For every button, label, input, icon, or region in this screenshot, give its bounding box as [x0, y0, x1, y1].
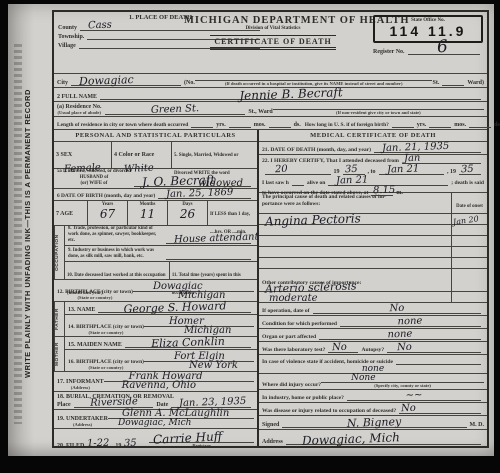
md-label: M. D. — [470, 422, 485, 428]
operation-label: If operation, date of — [262, 308, 310, 314]
ward-label: Ward) — [467, 80, 484, 86]
related-value: No — [401, 404, 416, 415]
certificate-title: CERTIFICATE OF DEATH — [210, 35, 335, 50]
yrs-label-2: yrs. — [417, 122, 427, 128]
undertaker-row: 19. UNDERTAKER (Address) Glenn A. McLaug… — [54, 410, 257, 429]
ds-label: ds. — [294, 122, 301, 128]
faded-margin-text — [14, 44, 22, 424]
signed-row: Signed N. Bigney M. D. — [259, 416, 487, 430]
title-block: MICHIGAN DEPARTMENT OF HEALTH Division o… — [184, 15, 362, 50]
age-months: 11 — [130, 208, 165, 220]
informant-address: Ravenna, Ohio — [122, 381, 196, 391]
division-subtitle: Division of Vital Statistics — [184, 26, 362, 31]
father-state-note: (State or country) — [68, 330, 144, 336]
father-side-label: FATHER — [54, 302, 65, 336]
register-number: 6 — [436, 39, 448, 57]
cause-line-5 — [259, 258, 487, 269]
attended-from-day: 20 — [275, 165, 288, 175]
county-value: Cass — [88, 21, 112, 32]
medical-column: MEDICAL CERTIFICATE OF DEATH 21. DATE OF… — [259, 130, 487, 446]
city-value: Dowagiac — [79, 74, 134, 87]
to-label: , to — [368, 169, 376, 175]
city-row: City Dowagiac (No. (If death occurred in… — [54, 74, 487, 88]
sex-race-marital-row: 3 SEX Female 4 Color or Race White 5. Si… — [54, 142, 257, 169]
mother-bp-state: New York — [189, 361, 238, 371]
organ-row: Organ or part affected none — [259, 329, 487, 342]
dob-value: Jan. 25, 1869 — [166, 188, 234, 200]
length-of-residence-row: Length of residence in city or town wher… — [54, 117, 487, 130]
register-row: Register No. 6 — [373, 47, 483, 55]
related-occupation-row: Was disease or injury related to occupat… — [259, 403, 487, 416]
physician-address-row: Address Dowagiac, Mich — [259, 430, 487, 446]
age-days: 26 — [170, 208, 205, 220]
certificate-form: 1. PLACE OF DEATH County Cass Township. … — [52, 10, 489, 448]
department-title: MICHIGAN DEPARTMENT OF HEALTH — [184, 15, 362, 26]
dod-label: 21. DATE OF DEATH (month, day, and year) — [262, 147, 371, 153]
filed-year: 35 — [124, 438, 137, 446]
organ-value: none — [387, 330, 412, 341]
labtest-label: Was there laboratory test? — [262, 347, 325, 353]
residence-value: Green St. — [151, 104, 200, 116]
injury-value: None — [351, 374, 375, 383]
race-label: 4 Color or Race — [114, 152, 154, 158]
date-of-death-row: 21. DATE OF DEATH (month, day, and year)… — [259, 142, 487, 155]
autopsy-value: No — [397, 343, 412, 354]
cause-line-3 — [259, 236, 487, 247]
sex-label: 3 SEX — [56, 152, 72, 158]
ds-label-2: ds. — [494, 122, 500, 128]
cause-line-1: Angina Pectoris Jan 20 — [259, 214, 487, 225]
injury-row: Where did injury occur? None (Specify ci… — [259, 374, 487, 390]
industry-home-row: In industry, home or public place? ~~ — [259, 390, 487, 403]
city-label: City — [57, 80, 68, 86]
specify-note: (Specify city, county or state) — [321, 383, 484, 389]
dob-label: 6 DATE OF BIRTH (month, day and year) — [57, 193, 155, 199]
industry-label: 9. Industry or business in which work wa… — [68, 248, 163, 260]
attended-year-2: 35 — [461, 165, 474, 175]
fullname-row: 2 FULL NAME Jennie B. Becraft — [54, 88, 487, 102]
violence-row: In case of violence state if accident, h… — [259, 355, 487, 374]
death-certificate-document: WRITE PLAINLY WITH UNFADING INK—THIS IS … — [8, 4, 494, 456]
organ-label: Organ or part affected — [262, 334, 316, 340]
labtest-value: No — [332, 343, 347, 354]
registrar-signature: Carrie Huff — [153, 430, 223, 446]
related-label: Was disease or injury related to occupat… — [262, 408, 396, 414]
contributory-line-2: moderate — [259, 292, 487, 303]
address-label: Address — [262, 439, 283, 445]
death-said-label: ; death is said — [451, 180, 484, 186]
county-label: County — [58, 25, 77, 31]
certify-block: 22. I HEREBY CERTIFY, That I attended de… — [259, 155, 487, 193]
mother-birthplace-row: 16. BIRTHPLACE (city or town) (State or … — [65, 350, 257, 371]
fullname-label: 2 FULL NAME — [57, 94, 97, 100]
cause-line-2 — [259, 225, 487, 236]
last-saw-date: Jan 21 — [336, 175, 369, 186]
physician-signature: N. Bigney — [347, 416, 402, 429]
burial-place-label: Place — [57, 402, 71, 408]
fullname-value: Jennie B. Becraft — [239, 86, 343, 102]
state-office-number: 114 11.9 — [377, 23, 479, 39]
principal-label-2: portance were as follows: — [262, 201, 448, 208]
state-office-stamp: State Office No. 114 11.9 — [373, 15, 483, 43]
mother-name: Eliza Conklin — [151, 336, 225, 350]
cause-line-4 — [259, 247, 487, 258]
age-years: 67 — [90, 208, 125, 220]
medical-section-title: MEDICAL CERTIFICATE OF DEATH — [259, 130, 487, 142]
age-row: 7 AGE Years 67 Months 11 Days 26 If LESS… — [54, 201, 257, 226]
attended-to-date: Jan 21 — [386, 164, 419, 175]
industry-home-value: ~~ — [405, 391, 422, 402]
age-label: 7 AGE — [56, 211, 73, 217]
trade-label: 8. Trade, profession, or particular kind… — [68, 226, 163, 244]
state-note: (State or country) — [57, 295, 133, 301]
margin-instruction: WRITE PLAINLY WITH UNFADING INK—THIS IS … — [23, 24, 41, 444]
filed-19-label: , 19 — [112, 443, 121, 447]
contributory-line-1: Arterio sclerosis — [259, 281, 487, 292]
mother-block: MOTHER 15. MAIDEN NAME Eliza Conklin 16.… — [54, 337, 257, 372]
last-worked-row: 10. Date deceased last worked at this oc… — [65, 262, 257, 279]
residence-row: (a) Residence No. (Usual place of abode)… — [54, 102, 487, 117]
register-label: Register No. — [373, 49, 405, 55]
autopsy-label: Autopsy? — [361, 347, 384, 353]
st-ward-label: St., Ward — [248, 109, 272, 115]
undertaker-address-note: (Address) — [57, 422, 108, 428]
death-time: 8.15 — [373, 186, 396, 197]
operation-value: No — [389, 304, 404, 315]
onset-label: Date of onset — [456, 204, 483, 209]
signed-label: Signed — [262, 422, 279, 428]
condition-value: none — [398, 317, 423, 328]
last-saw-label-2: alive on — [307, 180, 326, 186]
filed-label: 20. FILED — [57, 443, 84, 447]
industry-home-label: In industry, home or public place? — [262, 395, 344, 401]
father-block: FATHER 13. NAME George S. Howard 14. BIR… — [54, 302, 257, 337]
principal-label-1: The principal cause of death and related… — [262, 194, 448, 201]
informant-row: 17. INFORMANT (Address) Frank Howard Rav… — [54, 372, 257, 392]
father-name-label: 13. NAME — [68, 307, 95, 313]
personal-column: PERSONAL AND STATISTICAL PARTICULARS 3 S… — [54, 130, 259, 446]
mother-side-label: MOTHER — [54, 337, 65, 371]
birthplace-row: 12. BIRTHPLACE (city or town) (State or … — [54, 280, 257, 302]
township-label: Township. — [58, 34, 84, 40]
undertaker-address: Dowagiac, Mich — [118, 419, 191, 428]
last-saw-label-1: I last saw h — [262, 180, 289, 186]
mos-label-2: mos. — [454, 122, 466, 128]
condition-row: Condition for which performed none — [259, 316, 487, 329]
personal-section-title: PERSONAL AND STATISTICAL PARTICULARS — [54, 130, 257, 142]
father-name-row: 13. NAME George S. Howard — [65, 302, 257, 315]
condition-label: Condition for which performed — [262, 321, 337, 327]
labtest-row: Was there laboratory test? No Autopsy? N… — [259, 342, 487, 355]
occupation-block: OCCUPATION 8. Trade, profession, or part… — [54, 226, 257, 280]
mother-name-row: 15. MAIDEN NAME Eliza Conklin — [65, 337, 257, 350]
st-label: St. — [432, 80, 439, 86]
industry-row: 9. Industry or business in which work wa… — [65, 246, 257, 262]
length-label: Length of residence in city or town wher… — [57, 122, 188, 128]
mother-name-label: 15. MAIDEN NAME — [68, 342, 122, 348]
city-no-label: (No. — [184, 80, 195, 86]
yrs-label: yrs. — [216, 122, 226, 128]
mos-label: mos. — [254, 122, 266, 128]
stamp-area: State Office No. 114 11.9 Register No. 6 — [373, 15, 483, 55]
trade-value: House attendant — [174, 232, 259, 245]
nonresident-note: (If non-resident give city or town and s… — [273, 110, 484, 116]
filed-date: 1-22 — [87, 438, 110, 446]
us-length-label: How long in U. S. if of foreign birth? — [305, 122, 389, 128]
form-header: 1. PLACE OF DEATH County Cass Township. … — [54, 12, 487, 74]
dob-row: 6 DATE OF BIRTH (month, day and year) Ja… — [54, 189, 257, 201]
abode-note: (Usual place of abode) — [57, 110, 102, 116]
father-name: George S. Howard — [123, 300, 226, 315]
physician-address: Dowagiac, Mich — [302, 431, 400, 446]
19-label-a: 19 — [334, 169, 340, 175]
contributory-header-line: Other contributory causes of importance: — [259, 269, 487, 281]
father-birthplace-row: 14. BIRTHPLACE (city or town) (State or … — [65, 315, 257, 336]
occupation-side-label: OCCUPATION — [54, 226, 65, 279]
spouse-value: J. O. Becraft — [142, 174, 215, 189]
spouse-row: 5a If married, widowed, or divorced HUSB… — [54, 169, 257, 189]
19-label-b: , 19 — [447, 169, 456, 175]
informant-address-note: (Address) — [57, 385, 104, 391]
mother-state-note: (State or country) — [68, 365, 144, 371]
filed-row: 20. FILED 1-22 , 19 35 Carrie Huff Regis… — [54, 429, 257, 446]
spouse-label-3: (or) WIFE of — [57, 181, 131, 187]
attended-year-1: 35 — [344, 165, 357, 175]
village-label: Village — [58, 43, 76, 49]
operation-row: If operation, date of No — [259, 303, 487, 316]
injury-label: Where did injury occur? — [262, 382, 321, 388]
trade-row: 8. Trade, profession, or particular kind… — [65, 226, 257, 246]
